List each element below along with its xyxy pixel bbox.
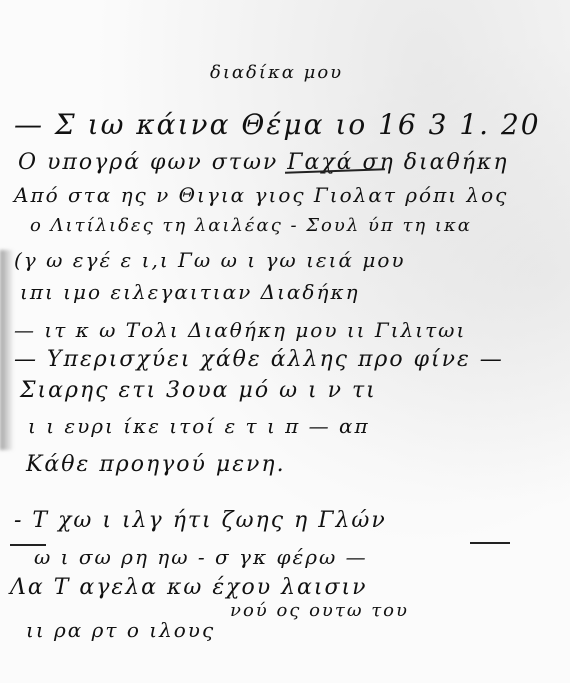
text-line-5: (γ ω εγέ ε ι,ι Γω ω ι γω ιειά μου: [14, 248, 406, 272]
salutation-line: διαδίκα μου: [210, 62, 343, 83]
text-line-4: ο Λιτίλιδες τη λαιλέας - Σουλ ύπ τη ικα: [30, 215, 472, 236]
handwritten-page: διαδίκα μου — Σ ιω κάινα Θέμα ιο 16 3 1.…: [0, 0, 570, 683]
text-line-8: — Υπερισχύει χάθε άλλης προ φίνε —: [14, 347, 504, 372]
text-line-9: Σιαρης ετι 3ουα μό ω ι ν τι: [20, 378, 377, 403]
pen-stroke: [10, 544, 46, 546]
text-line-6: ιπι ιμο ειλεγαιτιαν Διαδήκη: [20, 280, 360, 304]
text-line-15: νού ος ουτω του: [230, 600, 409, 621]
text-line-11: Κάθε προηγού μενη.: [26, 452, 286, 477]
text-line-16: ιι ρα ρτ ο ιλους: [26, 618, 215, 642]
page-edge-shadow: [0, 250, 14, 450]
text-line-14: Λα Τ αγελα κω έχου λαισιν: [10, 575, 368, 600]
text-line-1: — Σ ιω κάινα Θέμα ιο 16 3 1. 20: [14, 108, 541, 141]
text-line-13: ω ι σω ρη ηω - σ γκ φέρω —: [34, 545, 368, 569]
text-line-3: Από στα ης ν Θιγια γιος Γιολατ ρόπι λος: [14, 183, 508, 207]
text-line-7: — ιτ κ ω Τολι Διαθήκη μου ιι Γιλιτωι: [14, 318, 466, 342]
pen-stroke: [470, 542, 510, 544]
text-line-2: Ο υπογρά φων στων Γαχά ση διαθήκη: [18, 150, 509, 175]
text-line-12: - Τ χω ι ιλγ ήτι ζωης η Γλών: [14, 508, 387, 533]
text-line-10: ι ι ευρι ίκε ιτοί ε τ ι π — απ: [28, 414, 370, 438]
